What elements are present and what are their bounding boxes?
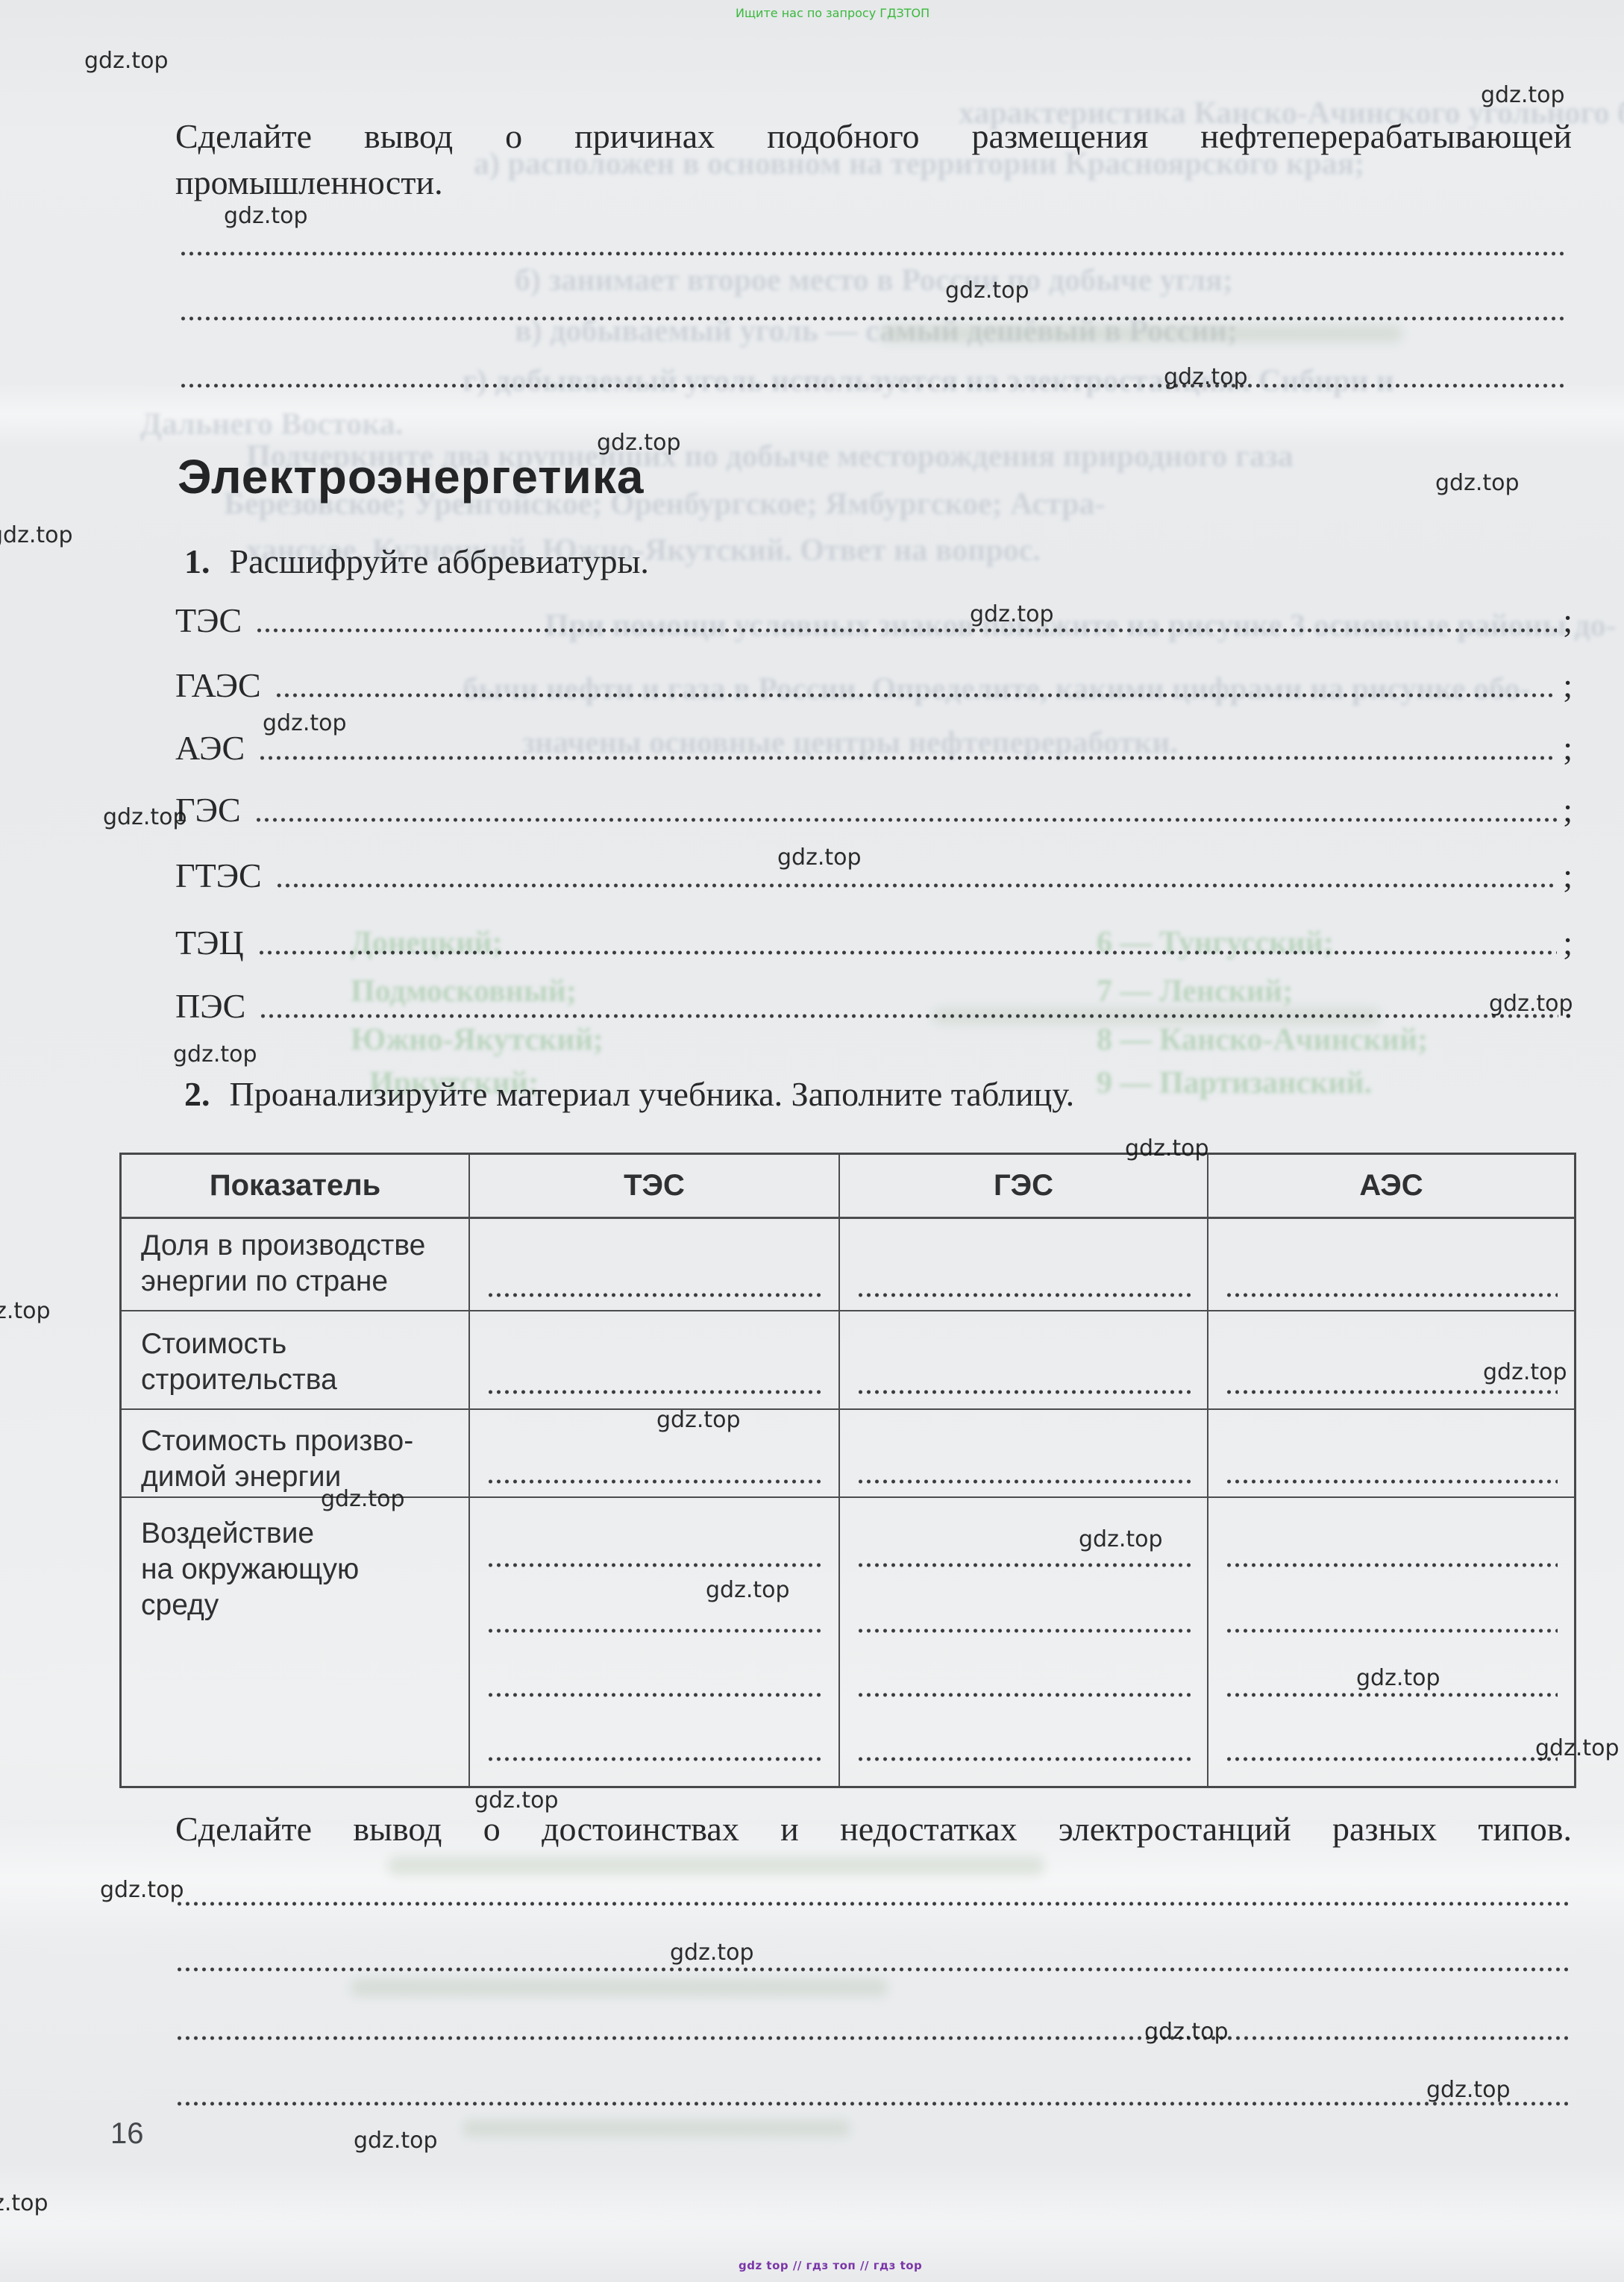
answer-line [486, 1756, 822, 1762]
answer-line [1225, 1292, 1558, 1298]
answer-leader [259, 1013, 1558, 1019]
site-promo-top: Ищите нас по запросу ГДЗТОП [736, 6, 929, 20]
answer-leader [257, 950, 1558, 956]
row-label-line: Доля в производстве [141, 1228, 468, 1264]
answer-line [486, 1479, 822, 1485]
answer-line [856, 1292, 1191, 1298]
row-label-line: строительства [141, 1362, 468, 1398]
table-header-ges: ГЭС [840, 1155, 1208, 1219]
gdz-watermark: gdz.top [777, 844, 862, 871]
gdz-watermark: gdz.top [656, 1407, 741, 1433]
table-row-label: Стоимость произво- димой энергии [122, 1410, 470, 1498]
table-cell [470, 1219, 840, 1311]
abbr-label: ПЭС [175, 987, 245, 1026]
gdz-watermark: gdz.top [224, 203, 308, 229]
answer-line [179, 316, 1568, 322]
row-label-line: среду [141, 1587, 468, 1623]
table-row-label: Доля в производстве энергии по стране [122, 1219, 470, 1311]
table-header-indicator: Показатель [122, 1155, 470, 1219]
gdz-watermark: gdz.top [970, 601, 1054, 627]
answer-line [856, 1479, 1191, 1485]
answer-line [175, 2035, 1568, 2041]
ghost-bleed-text: 8 — Канско-Ачинский; [1097, 1022, 1428, 1058]
answer-line [1225, 1479, 1558, 1485]
answer-line [486, 1692, 822, 1698]
ghost-bleed-text: Дальнего Востока. [140, 407, 403, 442]
answer-line [856, 1389, 1191, 1395]
abbr-row: ГЭС ; [175, 786, 1573, 830]
answer-line [1225, 1389, 1558, 1395]
gdz-watermark: gdz.top [100, 1877, 184, 1903]
row-label-line: на окружающую [141, 1552, 468, 1587]
answer-line [486, 1628, 822, 1634]
comparison-table: Показатель ТЭС ГЭС АЭС Доля в производст… [119, 1153, 1576, 1788]
abbr-label: ТЭЦ [175, 924, 244, 962]
table-cell [1208, 1410, 1574, 1498]
scan-smudge [351, 1978, 888, 1996]
abbr-row: ТЭС ; [175, 597, 1573, 640]
scan-smudge [388, 1856, 1044, 1875]
gdz-watermark: gdz.top [1483, 1359, 1567, 1385]
table-cell [470, 1410, 840, 1498]
answer-leader [275, 692, 1558, 698]
answer-line [1225, 1756, 1558, 1762]
gdz-watermark: gdz.top [84, 48, 169, 74]
answer-line [179, 383, 1568, 389]
answer-line [1225, 1562, 1558, 1568]
answer-line [1225, 1628, 1558, 1634]
abbr-row: ТЭЦ ; [175, 919, 1573, 962]
table-header-tes: ТЭС [470, 1155, 840, 1219]
answer-leader [255, 627, 1557, 633]
answer-line [856, 1692, 1191, 1698]
gdz-watermark: gdz.top [1125, 1135, 1209, 1162]
table-cell [1208, 1498, 1574, 1786]
answer-leader [258, 755, 1557, 761]
abbr-row: АЭС ; [175, 724, 1573, 768]
task-1-title-row: 1. Расшифруйте аббревиатуры. [184, 542, 649, 582]
gdz-watermark: gdz.top [1489, 991, 1573, 1017]
answer-leader [275, 883, 1557, 888]
gdz-watermark: gdz.top [354, 2128, 438, 2154]
answer-line [486, 1389, 822, 1395]
gdz-watermark: gdz.top [321, 1486, 405, 1512]
answer-line [856, 1756, 1191, 1762]
gdz-watermark: gdz.top [0, 522, 73, 548]
gdz-watermark: gdz.top [670, 1940, 754, 1966]
task-1-title: Расшифруйте аббревиатуры. [230, 542, 649, 582]
abbr-suffix: ; [1563, 856, 1573, 895]
answer-line [486, 1292, 822, 1298]
answer-line [856, 1562, 1191, 1568]
answer-line [175, 1901, 1568, 1907]
gdz-watermark: gdz.top [1435, 470, 1520, 496]
scan-smudge [880, 325, 1402, 342]
gdz-watermark: gdz.top [597, 430, 681, 456]
task-1-number: 1. [184, 542, 210, 582]
gdz-watermark: gdz.top [173, 1041, 257, 1068]
row-label-line: димой энергии [141, 1459, 468, 1495]
intro-paragraph-line1: Сделайте вывод о причинах подобного разм… [175, 113, 1572, 160]
abbr-suffix: ; [1563, 791, 1573, 830]
abbr-label: ТЭС [175, 601, 242, 640]
abbr-suffix: ; [1563, 601, 1573, 640]
abbr-suffix: ; [1563, 666, 1573, 705]
gdz-watermark: gdz.top [1144, 2019, 1229, 2045]
gdz-watermark: gdz.top [0, 2190, 48, 2216]
table-cell [470, 1498, 840, 1786]
task-2-title-row: 2. Проанализируйте материал учебника. За… [184, 1074, 1074, 1115]
gdz-watermark: gdz.top [1079, 1526, 1163, 1552]
answer-leader [254, 817, 1558, 823]
workbook-page: { "page": { "promo_top": {"text": "Ищите… [0, 0, 1624, 2282]
gdz-watermark: gdz.top [706, 1577, 790, 1603]
abbr-row: ГАЭС ; [175, 662, 1573, 705]
gdz-watermark: gdz.top [945, 278, 1029, 304]
gdz-watermark: gdz.top [1481, 82, 1565, 108]
table-row-label: Стоимость строительства [122, 1311, 470, 1410]
gdz-watermark: gdz.top [263, 710, 347, 736]
gdz-watermark: gdz.top [0, 1298, 51, 1324]
table-cell [840, 1219, 1208, 1311]
abbr-row: ПЭС . [175, 982, 1573, 1026]
task-2-number: 2. [184, 1074, 210, 1115]
ghost-bleed-text: б) занимает второе место в России по доб… [515, 263, 1233, 298]
abbr-label: АЭС [175, 729, 245, 768]
row-label-line: Стоимость произво- [141, 1423, 468, 1459]
answer-line [175, 1966, 1568, 1972]
gdz-watermark: gdz.top [1164, 364, 1248, 390]
row-label-line: Воздействие [141, 1516, 468, 1552]
table-cell [840, 1410, 1208, 1498]
table-cell [1208, 1219, 1574, 1311]
answer-line [856, 1628, 1191, 1634]
ghost-bleed-text: г) добываемый уголь используется на элек… [463, 363, 1394, 399]
page-number: 16 [110, 2117, 144, 2151]
ghost-bleed-text: Южно-Якутский; [351, 1022, 603, 1058]
answer-line [1225, 1692, 1558, 1698]
table-cell [470, 1311, 840, 1410]
gdz-watermark: gdz.top [103, 804, 187, 830]
section-heading: Электроэнергетика [178, 451, 644, 503]
site-promo-bottom: gdz top // гдз топ // гдз top [739, 2259, 922, 2272]
row-label-line: энергии по стране [141, 1264, 468, 1300]
conclusion-instruction: Сделайте вывод о достоинствах и недостат… [175, 1808, 1572, 1850]
intro-paragraph-line2: промышленности. [175, 160, 1572, 206]
gdz-watermark: gdz.top [1426, 2077, 1511, 2103]
answer-line [179, 251, 1568, 257]
table-header-aes: АЭС [1208, 1155, 1574, 1219]
ghost-bleed-text: 9 — Партизанский. [1097, 1065, 1372, 1101]
abbr-suffix: ; [1563, 924, 1573, 962]
answer-line [175, 2101, 1568, 2107]
scan-smudge [463, 2120, 850, 2137]
row-label-line: Стоимость [141, 1326, 468, 1362]
abbr-suffix: ; [1563, 729, 1573, 768]
abbr-label: ГАЭС [175, 666, 261, 705]
table-cell [840, 1311, 1208, 1410]
table-row-label: Воздействие на окружающую среду [122, 1498, 470, 1786]
task-2-title: Проанализируйте материал учебника. Запол… [230, 1074, 1075, 1115]
gdz-watermark: gdz.top [474, 1787, 559, 1814]
abbr-row: ГТЭС ; [175, 852, 1573, 895]
gdz-watermark: gdz.top [1356, 1665, 1440, 1691]
abbr-label: ГТЭС [175, 856, 262, 895]
answer-line [486, 1562, 822, 1568]
gdz-watermark: gdz.top [1535, 1735, 1620, 1761]
